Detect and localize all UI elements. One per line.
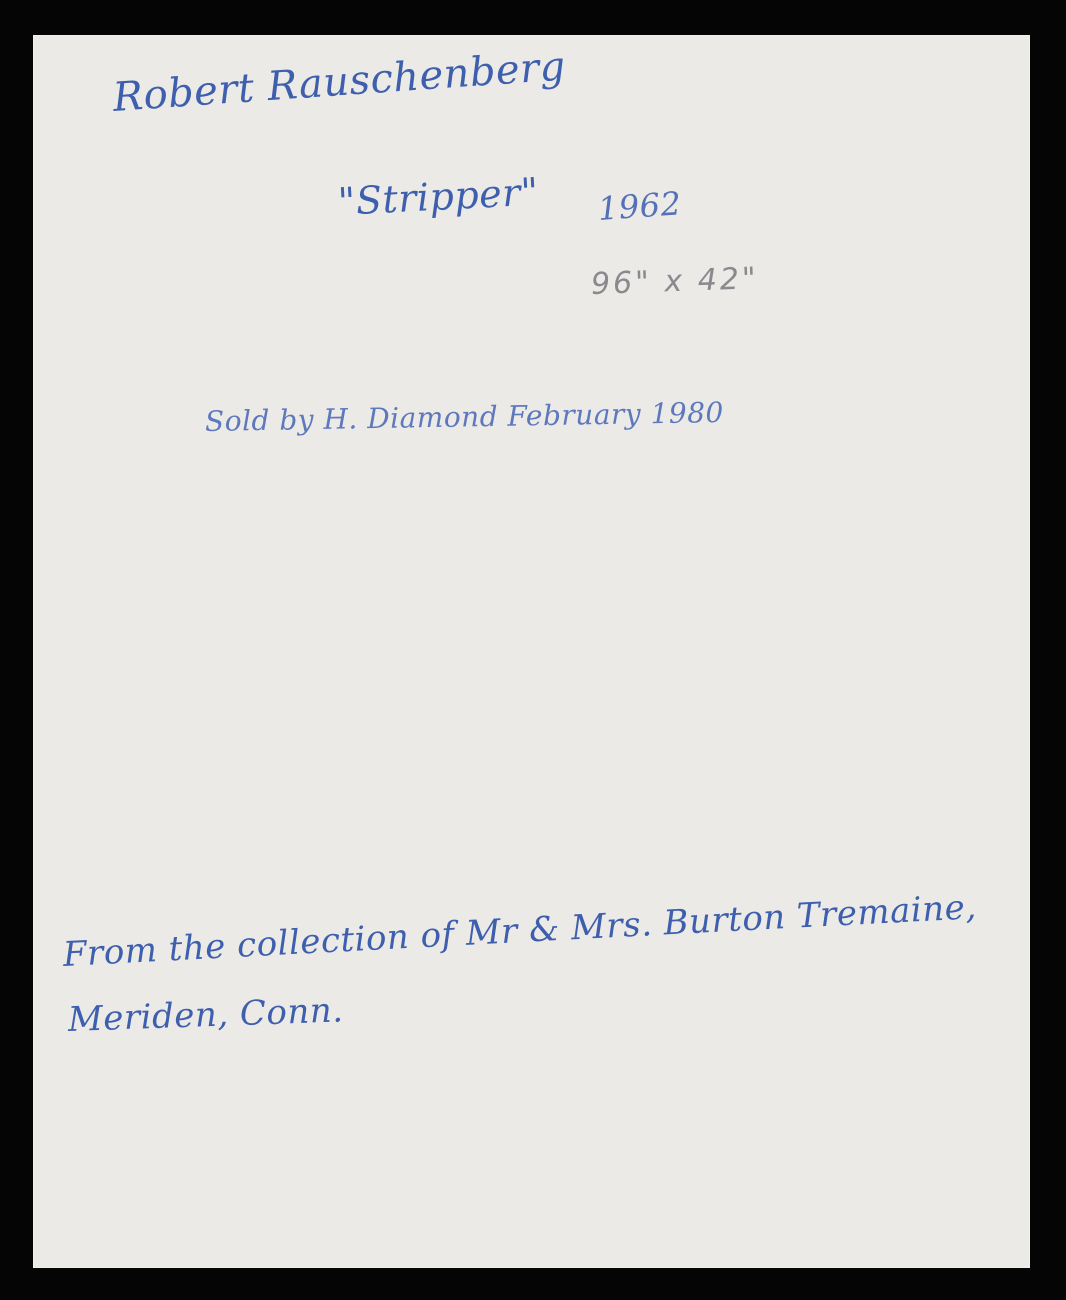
- paper-sheet: Robert Rauschenberg "Stripper" 1962 96" …: [33, 35, 1030, 1268]
- sale-note: Sold by H. Diamond February 1980: [205, 396, 724, 438]
- artwork-title: "Stripper": [337, 170, 540, 224]
- provenance-line-1: From the collection of Mr & Mrs. Burton …: [62, 887, 978, 975]
- artist-name: Robert Rauschenberg: [111, 43, 567, 121]
- provenance-line-2: Meriden, Conn.: [67, 990, 344, 1040]
- artwork-year: 1962: [597, 184, 683, 228]
- artwork-dimensions: 96" x 42": [590, 261, 759, 302]
